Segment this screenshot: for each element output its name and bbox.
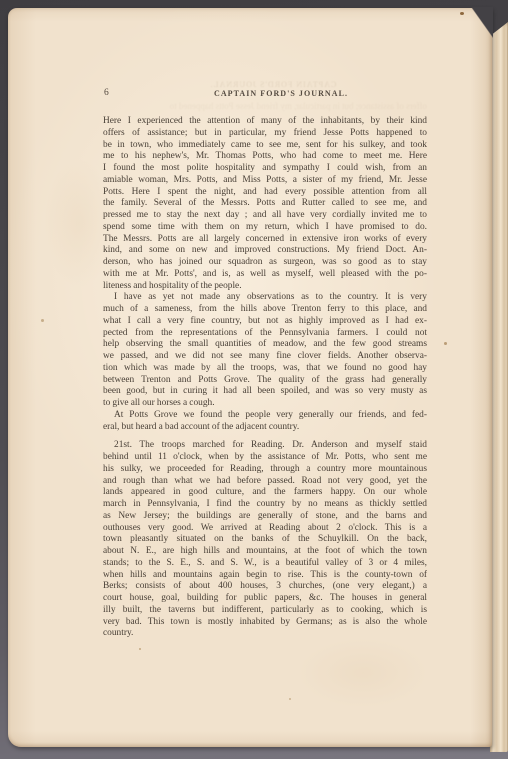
text-line: his sulky, we proceeded for Reading, thr… xyxy=(103,464,427,476)
ink-bleed-through: offers of assistance; but in particular,… xyxy=(103,101,427,111)
text-line: amiable woman, Mrs. Potts, and Miss Pott… xyxy=(103,175,427,187)
text-line: and rough than what we had before passed… xyxy=(103,476,427,488)
paragraph: At Potts Grove we found the people very … xyxy=(103,410,427,434)
text-line: march in Pennsylvania, I find the countr… xyxy=(103,499,427,511)
text-line: country. xyxy=(103,628,427,640)
text-line: tion which was made by all the troops, w… xyxy=(103,363,427,375)
text-line: At Potts Grove we found the people very … xyxy=(103,410,427,422)
paragraph: 21st. The troops marched for Reading. Dr… xyxy=(103,440,427,640)
text-line: me to his nephew's, Mr. Thomas Potts, wh… xyxy=(103,151,427,163)
paper-speck xyxy=(41,319,44,322)
paper-speck xyxy=(444,342,447,345)
text-line: I have as yet not made any observations … xyxy=(103,292,427,304)
text-line: what I call a very fine country, but not… xyxy=(103,316,427,328)
page-corner-fold xyxy=(471,7,493,38)
text-line: liteness and hospitality of the people. xyxy=(103,281,427,293)
text-line: behind until 11 o'clock, when by the ass… xyxy=(103,452,427,464)
running-header: CAPTAIN FORD'S JOURNAL. xyxy=(214,89,348,98)
ink-bleed-through: CAPTAIN FORD'S JOURNAL. xyxy=(158,80,388,89)
paragraph: I have as yet not made any observations … xyxy=(103,292,427,410)
text-line: we passed, and we did not see many fine … xyxy=(103,351,427,363)
text-line: Here I experienced the attention of many… xyxy=(103,116,427,128)
paper-speck xyxy=(460,12,464,15)
text-line: kind, and some on new and improved const… xyxy=(103,245,427,257)
book-page: CAPTAIN FORD'S JOURNAL. offers of assist… xyxy=(8,8,492,747)
text-line: stands; to the S. E., S. and S. W., is a… xyxy=(103,558,427,570)
text-line: the family. Several of the Messrs. Potts… xyxy=(103,198,427,210)
text-line: I found the most polite hospitality and … xyxy=(103,163,427,175)
text-line: illy built, the taverns but indifferent,… xyxy=(103,605,427,617)
text-line: when hills and mountains again begin to … xyxy=(103,570,427,582)
text-line: court house, goal, building for public p… xyxy=(103,593,427,605)
text-line: help observing the small quantities of m… xyxy=(103,339,427,351)
text-line: with me at Mr. Potts', and is, as well a… xyxy=(103,269,427,281)
paragraph: Here I experienced the attention of many… xyxy=(103,116,427,292)
text-line: very bad. This town is mostly inhabited … xyxy=(103,617,427,629)
text-line: Berks; consists of about 400 houses, 3 c… xyxy=(103,581,427,593)
text-line: pressed me to stay the next day ; and al… xyxy=(103,210,427,222)
text-line: as New Jersey; the buildings are general… xyxy=(103,511,427,523)
text-line: about N. E., are high hills and mountain… xyxy=(103,546,427,558)
text-line: Potts. Here I spent the night, and had e… xyxy=(103,187,427,199)
text-line: been good, but in curing it had all been… xyxy=(103,386,427,398)
text-line: derson, who has joined our squadron as s… xyxy=(103,257,427,269)
text-line: 21st. The troops marched for Reading. Dr… xyxy=(103,440,427,452)
page-number: 6 xyxy=(104,88,109,98)
scanned-book-photo: CAPTAIN FORD'S JOURNAL. offers of assist… xyxy=(0,0,508,759)
paper-speck xyxy=(289,698,291,700)
text-line: be in town, who immediately came to see … xyxy=(103,140,427,152)
text-line: town pleasantly situated on the banks of… xyxy=(103,534,427,546)
text-line: offers of assistance; but in particular,… xyxy=(103,128,427,140)
text-line: The Messrs. Potts are all largely concer… xyxy=(103,234,427,246)
text-line: lands appeared in good culture, and the … xyxy=(103,487,427,499)
underlying-page-edges xyxy=(490,22,508,752)
page-body: Here I experienced the attention of many… xyxy=(103,116,427,640)
text-line: between Trenton and Potts Grove. The qua… xyxy=(103,375,427,387)
text-line: much of a sameness, from the hills above… xyxy=(103,304,427,316)
text-line: to give all our horses a cough. xyxy=(103,398,427,410)
paper-stain xyxy=(298,638,428,708)
paper-speck xyxy=(139,648,141,650)
text-line: pected from the representations of the P… xyxy=(103,328,427,340)
text-line: eral, but heard a bad account of the adj… xyxy=(103,422,427,434)
text-line: spend some time with them on my return, … xyxy=(103,222,427,234)
text-line: outhouses very good. We arrived at Readi… xyxy=(103,523,427,535)
